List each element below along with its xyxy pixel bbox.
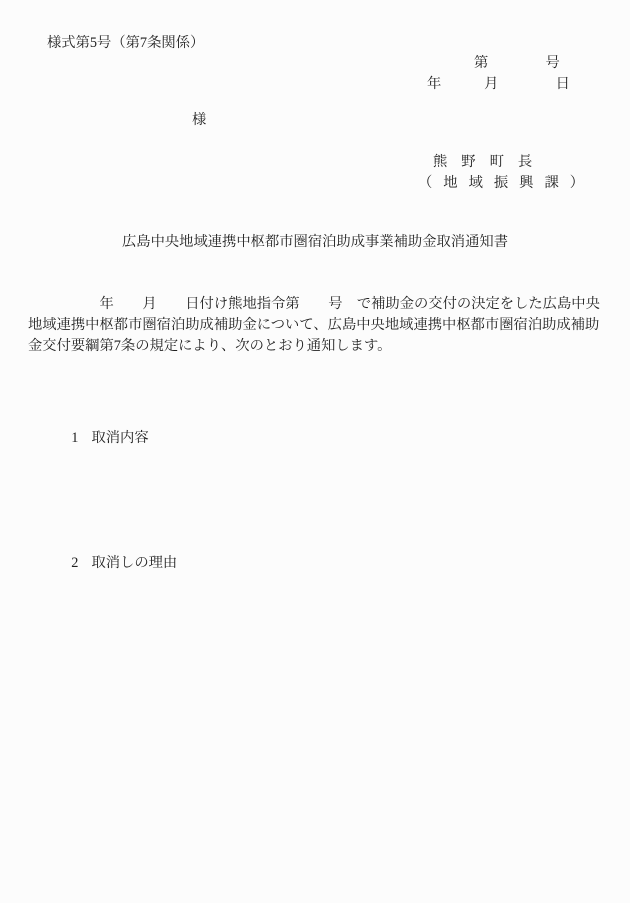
- document-title: 広島中央地域連携中枢都市圏宿泊助成事業補助金取消通知書: [0, 234, 630, 252]
- addressee-suffix: 様: [192, 112, 206, 130]
- item-label: 取消内容: [91, 430, 148, 446]
- body-paragraph-line: 金交付要綱第7条の規定により、次のとおり通知します。: [28, 338, 391, 356]
- item-label: 取消しの理由: [91, 555, 177, 571]
- body-paragraph-line: 地域連携中枢都市圏宿泊助成補助金について、広島中央地域連携中枢都市圏宿泊助成補助: [28, 317, 599, 335]
- item-cancellation-reason: 2取消しの理由: [57, 537, 177, 591]
- item-number: 2: [71, 555, 78, 571]
- sender-name: 熊野町長: [433, 154, 546, 172]
- item-cancellation-content: 1取消内容: [57, 412, 149, 466]
- sender-department: （地域振興課）: [418, 175, 595, 193]
- date-blank-line: 年 月 日: [427, 76, 570, 94]
- issue-number-blank-line: 第 号: [474, 55, 560, 73]
- document-page: 様式第5号（第7条関係） 第 号 年 月 日 様 熊野町長 （地域振興課） 広島…: [0, 0, 630, 903]
- item-number: 1: [71, 430, 78, 446]
- body-paragraph-line: 年 月 日付け熊地指令第 号 で補助金の交付の決定をした広島中央: [28, 296, 600, 314]
- form-number: 様式第5号（第7条関係）: [47, 35, 204, 53]
